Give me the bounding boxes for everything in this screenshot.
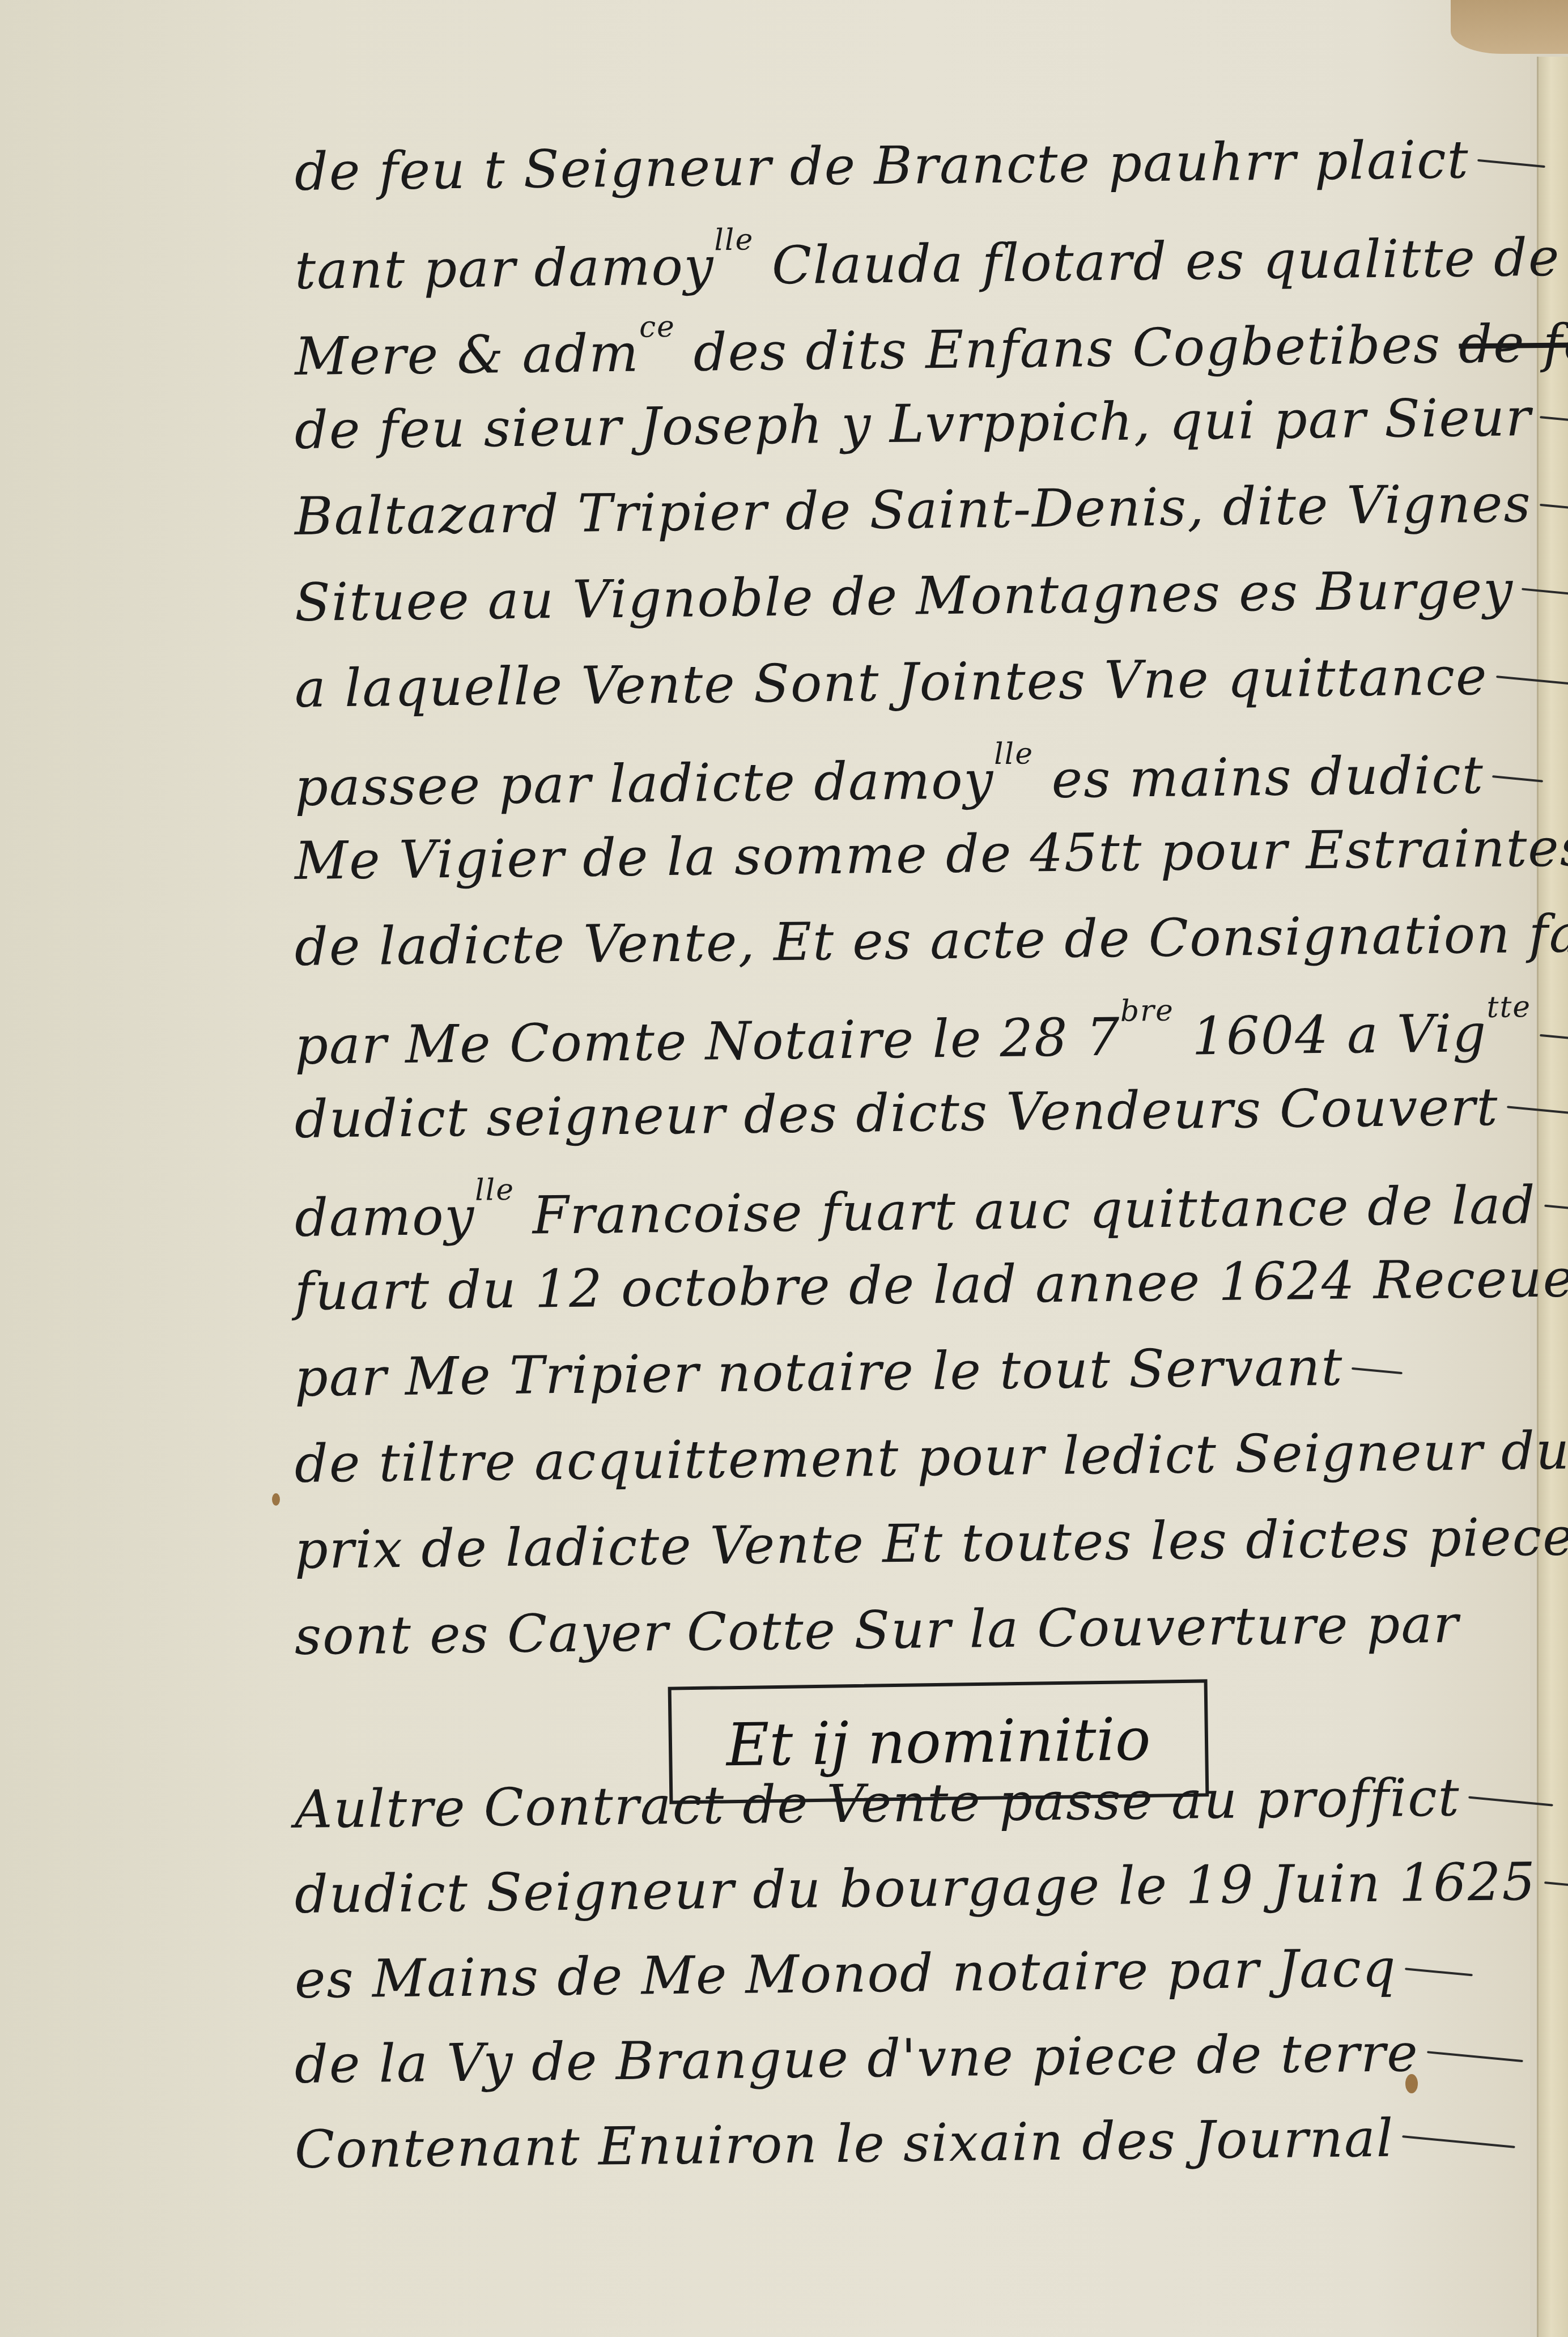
line-text: passee par ladicte damoy	[295, 750, 995, 818]
manuscript-line: par Me Tripier notaire le tout Servant	[294, 1336, 1403, 1408]
line-text: dudict seigneur des dicts Vendeurs Couve…	[294, 1077, 1499, 1150]
line-sup: lle	[714, 223, 754, 258]
line-filler-dash	[1405, 1968, 1473, 1976]
line-text: Situee au Vignoble de Montagnes es Burge…	[294, 559, 1514, 633]
line-filler-dash	[1544, 1881, 1568, 1889]
line-sup: lle	[475, 1173, 515, 1208]
line-text: de la Vy de Brangue d'vne piece de terre	[294, 2022, 1419, 2095]
line-sup2: tte	[1486, 990, 1531, 1025]
line-filler-dash	[1492, 775, 1543, 782]
manuscript-line: tant par damoylle Clauda flotard es qual…	[294, 214, 1568, 301]
line-text: par Me Tripier notaire le tout Servant	[294, 1337, 1344, 1408]
line-text: es Mains de Me Monod notaire par Jacq	[294, 1938, 1397, 2010]
line-text: sont es Cayer Cotte Sur la Couverture pa…	[294, 1594, 1459, 1667]
line-text: Mere & adm	[295, 323, 640, 387]
line-filler-dash	[1507, 1106, 1568, 1115]
manuscript-line: de la Vy de Brangue d'vne piece de terre	[294, 2021, 1523, 2095]
line-filler-dash	[1540, 504, 1568, 511]
line-filler-dash	[1496, 675, 1568, 685]
ink-stain	[1405, 2074, 1418, 2093]
line-after: Clauda flotard es qualitte de	[771, 227, 1560, 296]
book-cover-corner	[1451, 0, 1568, 54]
line-filler-dash	[1477, 159, 1545, 168]
manuscript-line: sont es Cayer Cotte Sur la Couverture pa…	[294, 1594, 1459, 1667]
line-after: 1604 a Vig	[1192, 1003, 1488, 1066]
manuscript-line: damoylle Francoise fuart auc quittance d…	[294, 1162, 1568, 1248]
line-text: Aultre Contract de Vente passe au proffi…	[294, 1767, 1460, 1840]
manuscript-line: Mere & admce des dits Enfans Cogbetibes …	[294, 299, 1568, 387]
line-after: des dits Enfans Cogbetibes	[693, 315, 1442, 383]
manuscript-line: es Mains de Me Monod notaire par Jacq	[294, 1937, 1473, 2010]
line-filler-dash	[1468, 1796, 1553, 1807]
manuscript-line: passee par ladicte damoylle es mains dud…	[294, 732, 1543, 818]
line-filler-dash	[1402, 2135, 1515, 2148]
line-filler-dash	[1427, 2051, 1523, 2062]
line-struck: de feu	[1459, 312, 1568, 375]
manuscript-line: par Me Comte Notaire le 28 7bre 1604 a V…	[294, 989, 1568, 1076]
ink-stain	[272, 1493, 280, 1506]
line-text: de feu t Seigneur de Brancte pauhrr plai…	[294, 129, 1469, 202]
line-text: a laquelle Vente Sont Jointes Vne quitta…	[294, 646, 1488, 719]
line-text: damoy	[295, 1186, 475, 1248]
line-filler-dash	[1540, 416, 1568, 426]
boxed-heading-text: Et ij nominitio	[726, 1704, 1151, 1779]
line-after: es mains dudict	[1051, 745, 1484, 810]
line-filler-dash	[1352, 1367, 1403, 1374]
line-text: tant par damoy	[295, 236, 715, 301]
manuscript-line: Contenant Enuiron le sixain des Journal	[294, 2106, 1515, 2180]
line-after: Francoise fuart auc quittance de lad	[532, 1175, 1536, 1246]
line-sup: ce	[639, 310, 676, 345]
line-filler-dash	[1544, 1205, 1568, 1213]
line-text: de feu sieur Joseph y Lvrppich, qui par …	[294, 387, 1532, 461]
line-filler-dash	[1540, 1034, 1568, 1040]
line-sup: lle	[994, 737, 1034, 771]
line-filler-dash	[1522, 588, 1568, 600]
line-text: Contenant Enuiron le sixain des Journal	[294, 2108, 1394, 2180]
line-text: par Me Comte Notaire le 28 7	[295, 1007, 1121, 1076]
line-text: Baltazard Tripier de Saint-Denis, dite V…	[294, 473, 1532, 547]
line-sup: bre	[1120, 994, 1175, 1029]
